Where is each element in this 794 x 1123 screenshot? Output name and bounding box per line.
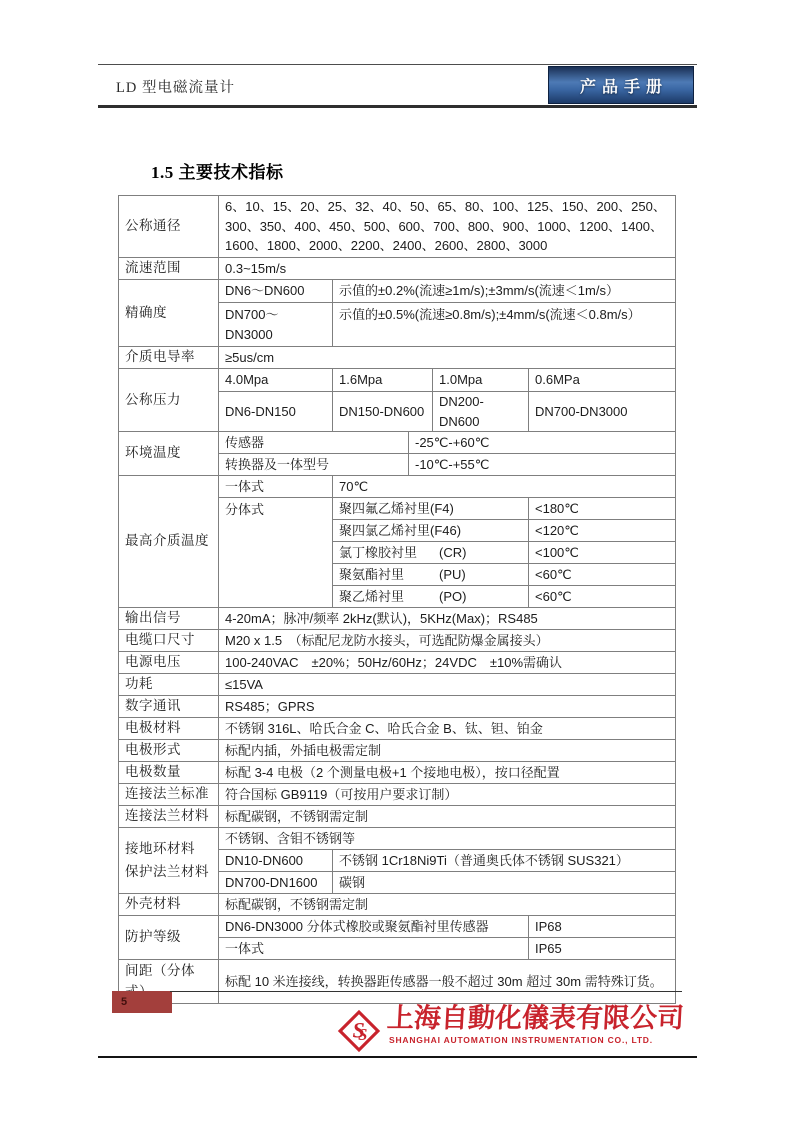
lining-name-pu: 聚氨酯衬里(PU) xyxy=(333,564,529,586)
value-housing-material: 标配碳钢，不锈钢需定制 xyxy=(219,894,676,916)
table-row: 功耗 ≤15VA xyxy=(119,674,676,696)
value-output-signal: 4-20mA；脉冲/频率 2kHz(默认)，5KHz(Max)；RS485 xyxy=(219,608,676,630)
label-grounding: 接地环材料 保护法兰材料 xyxy=(119,828,219,894)
table-row: 防护等级 DN6-DN3000 分体式橡胶或聚氨酯衬里传感器 IP68 xyxy=(119,916,676,938)
table-row: 流速范围 0.3~15m/s xyxy=(119,258,676,280)
ambient-value-1: -25℃-+60℃ xyxy=(409,432,676,454)
ambient-part-1: 传感器 xyxy=(219,432,409,454)
ambient-value-2: -10℃-+55℃ xyxy=(409,454,676,476)
table-row: 电源电压 100-240VAC ±20%；50Hz/60Hz；24VDC ±10… xyxy=(119,652,676,674)
label-velocity-range: 流速范围 xyxy=(119,258,219,280)
table-row: 输出信号 4-20mA；脉冲/频率 2kHz(默认)，5KHz(Max)；RS4… xyxy=(119,608,676,630)
pressure-range-1: DN6-DN150 xyxy=(219,392,333,432)
lining-temp-f46: <120℃ xyxy=(529,520,676,542)
table-row: 连接法兰标准 符合国标 GB9119（可按用户要求订制） xyxy=(119,784,676,806)
value-nominal-diameter: 6、10、15、20、25、32、40、50、65、80、100、125、150… xyxy=(219,196,676,258)
accuracy-range-2: DN700～DN3000 xyxy=(219,303,333,347)
company-logo-icon: S S xyxy=(335,1006,383,1056)
lining-name-cr: 氯丁橡胶衬里(CR) xyxy=(333,542,529,564)
label-electrode-count: 电极数量 xyxy=(119,762,219,784)
pressure-value-2: 1.6Mpa xyxy=(333,369,433,392)
lining-code: (PU) xyxy=(439,567,466,582)
value-power-supply: 100-240VAC ±20%；50Hz/60Hz；24VDC ±10%需确认 xyxy=(219,652,676,674)
label-output-signal: 输出信号 xyxy=(119,608,219,630)
table-row: 电极数量 标配 3-4 电极（2 个测量电极+1 个接地电极），按口径配置 xyxy=(119,762,676,784)
lining-temp-po: <60℃ xyxy=(529,586,676,608)
label-conductivity: 介质电导率 xyxy=(119,347,219,369)
spec-table: 公称通径 6、10、15、20、25、32、40、50、65、80、100、12… xyxy=(118,195,676,1004)
company-name-en: SHANGHAI AUTOMATION INSTRUMENTATION CO.,… xyxy=(389,1035,653,1045)
lining-temp-f4: <180℃ xyxy=(529,498,676,520)
value-electrode-form: 标配内插，外插电极需定制 xyxy=(219,740,676,762)
grounding-range-2: DN700-DN1600 xyxy=(219,872,333,894)
table-row: 电极材料 不锈钢 316L、哈氏合金 C、哈氏合金 B、钛、钽、铂金 xyxy=(119,718,676,740)
max-temp-integral-type: 一体式 xyxy=(219,476,333,498)
value-power-consumption: ≤15VA xyxy=(219,674,676,696)
section-title: 1.5 主要技术指标 xyxy=(151,158,284,183)
lining-temp-cr: <100℃ xyxy=(529,542,676,564)
header-bottom-rule xyxy=(98,105,697,108)
max-temp-integral-value: 70℃ xyxy=(333,476,676,498)
svg-text:S: S xyxy=(358,1025,367,1044)
grounding-value-2: 碳钢 xyxy=(333,872,676,894)
product-manual-badge: 产品手册 xyxy=(548,66,694,104)
table-row: 连接法兰材料 标配碳钢，不锈钢需定制 xyxy=(119,806,676,828)
table-row: 外壳材料 标配碳钢，不锈钢需定制 xyxy=(119,894,676,916)
accuracy-value-2: 示值的±0.5%(流速≥0.8m/s);±4mm/s(流速＜0.8m/s） xyxy=(333,303,676,347)
label-cable-port: 电缆口尺寸 xyxy=(119,630,219,652)
pressure-range-2: DN150-DN600 xyxy=(333,392,433,432)
table-row: 公称压力 4.0Mpa 1.6Mpa 1.0Mpa 0.6MPa xyxy=(119,369,676,392)
label-protection: 防护等级 xyxy=(119,916,219,960)
table-row: 间距（分体式） 标配 10 米连接线，转换器距传感器一般不超过 30m 超过 3… xyxy=(119,960,676,1004)
company-name-cn: 上海自動化儀表有限公司 xyxy=(386,1002,685,1034)
value-flange-material: 标配碳钢，不锈钢需定制 xyxy=(219,806,676,828)
value-spacing: 标配 10 米连接线，转换器距传感器一般不超过 30m 超过 30m 需特殊订货… xyxy=(219,960,676,1004)
table-row: 电缆口尺寸 M20 x 1.5 （标配尼龙防水接头，可选配防爆金属接头） xyxy=(119,630,676,652)
lining-name-po: 聚乙烯衬里(PO) xyxy=(333,586,529,608)
lining-name-f46: 聚四氯乙烯衬里(F46) xyxy=(333,520,529,542)
pressure-value-3: 1.0Mpa xyxy=(433,369,529,392)
value-velocity-range: 0.3~15m/s xyxy=(219,258,676,280)
value-electrode-count: 标配 3-4 电极（2 个测量电极+1 个接地电极），按口径配置 xyxy=(219,762,676,784)
label-electrode-material: 电极材料 xyxy=(119,718,219,740)
protection-desc-1: DN6-DN3000 分体式橡胶或聚氨酯衬里传感器 xyxy=(219,916,529,938)
pressure-value-1: 4.0Mpa xyxy=(219,369,333,392)
pressure-range-3: DN200-DN600 xyxy=(433,392,529,432)
grounding-value-1: 不锈钢 1Cr18Ni9Ti（普通奥氏体不锈钢 SUS321） xyxy=(333,850,676,872)
max-temp-separate-type: 分体式 xyxy=(219,498,333,608)
label-electrode-form: 电极形式 xyxy=(119,740,219,762)
table-row: 公称通径 6、10、15、20、25、32、40、50、65、80、100、12… xyxy=(119,196,676,258)
grounding-range-1: DN10-DN600 xyxy=(219,850,333,872)
value-cable-port: M20 x 1.5 （标配尼龙防水接头，可选配防爆金属接头） xyxy=(219,630,676,652)
table-row: 接地环材料 保护法兰材料 不锈钢、含钼不锈钢等 xyxy=(119,828,676,850)
label-power-supply: 电源电压 xyxy=(119,652,219,674)
label-flange-material: 连接法兰材料 xyxy=(119,806,219,828)
page-number-badge: 5 xyxy=(112,991,172,1013)
document-page: LD 型电磁流量计 产品手册 1.5 主要技术指标 公称通径 6、10、15、2… xyxy=(0,0,794,1123)
page-header: LD 型电磁流量计 产品手册 xyxy=(98,65,697,105)
value-electrode-material: 不锈钢 316L、哈氏合金 C、哈氏合金 B、钛、钽、铂金 xyxy=(219,718,676,740)
table-row: 精确度 DN6～DN600 示值的±0.2%(流速≥1m/s);±3mm/s(流… xyxy=(119,280,676,303)
label-accuracy: 精确度 xyxy=(119,280,219,347)
protection-desc-2: 一体式 xyxy=(219,938,529,960)
company-logo: S S 上海自動化儀表有限公司 SHANGHAI AUTOMATION INST… xyxy=(335,1002,684,1056)
label-flange-standard: 连接法兰标准 xyxy=(119,784,219,806)
grounding-general: 不锈钢、含钼不锈钢等 xyxy=(219,828,676,850)
table-row: 介质电导率 ≥5us/cm xyxy=(119,347,676,369)
pressure-value-4: 0.6MPa xyxy=(529,369,676,392)
label-nominal-diameter: 公称通径 xyxy=(119,196,219,258)
label-housing-material: 外壳材料 xyxy=(119,894,219,916)
footer-bottom-rule xyxy=(98,1056,697,1058)
lining-name-f4: 聚四氟乙烯衬里(F4) xyxy=(333,498,529,520)
table-row: 电极形式 标配内插，外插电极需定制 xyxy=(119,740,676,762)
table-row: 环境温度 传感器 -25℃-+60℃ xyxy=(119,432,676,454)
lining-temp-pu: <60℃ xyxy=(529,564,676,586)
accuracy-range-1: DN6～DN600 xyxy=(219,280,333,303)
value-flange-standard: 符合国标 GB9119（可按用户要求订制） xyxy=(219,784,676,806)
label-ambient-temp: 环境温度 xyxy=(119,432,219,476)
ambient-part-2: 转换器及一体型号 xyxy=(219,454,409,476)
protection-value-2: IP65 xyxy=(529,938,676,960)
lining-code: (PO) xyxy=(439,589,466,604)
lining-code: (CR) xyxy=(439,545,466,560)
label-pressure: 公称压力 xyxy=(119,369,219,432)
value-conductivity: ≥5us/cm xyxy=(219,347,676,369)
label-max-medium-temp: 最高介质温度 xyxy=(119,476,219,608)
label-power-consumption: 功耗 xyxy=(119,674,219,696)
doc-title: LD 型电磁流量计 xyxy=(116,76,235,97)
value-digital-comm: RS485；GPRS xyxy=(219,696,676,718)
label-digital-comm: 数字通讯 xyxy=(119,696,219,718)
pressure-range-4: DN700-DN3000 xyxy=(529,392,676,432)
table-row: 最高介质温度 一体式 70℃ xyxy=(119,476,676,498)
footer-top-rule xyxy=(170,991,682,992)
protection-value-1: IP68 xyxy=(529,916,676,938)
table-row: 数字通讯 RS485；GPRS xyxy=(119,696,676,718)
accuracy-value-1: 示值的±0.2%(流速≥1m/s);±3mm/s(流速＜1m/s） xyxy=(333,280,676,303)
